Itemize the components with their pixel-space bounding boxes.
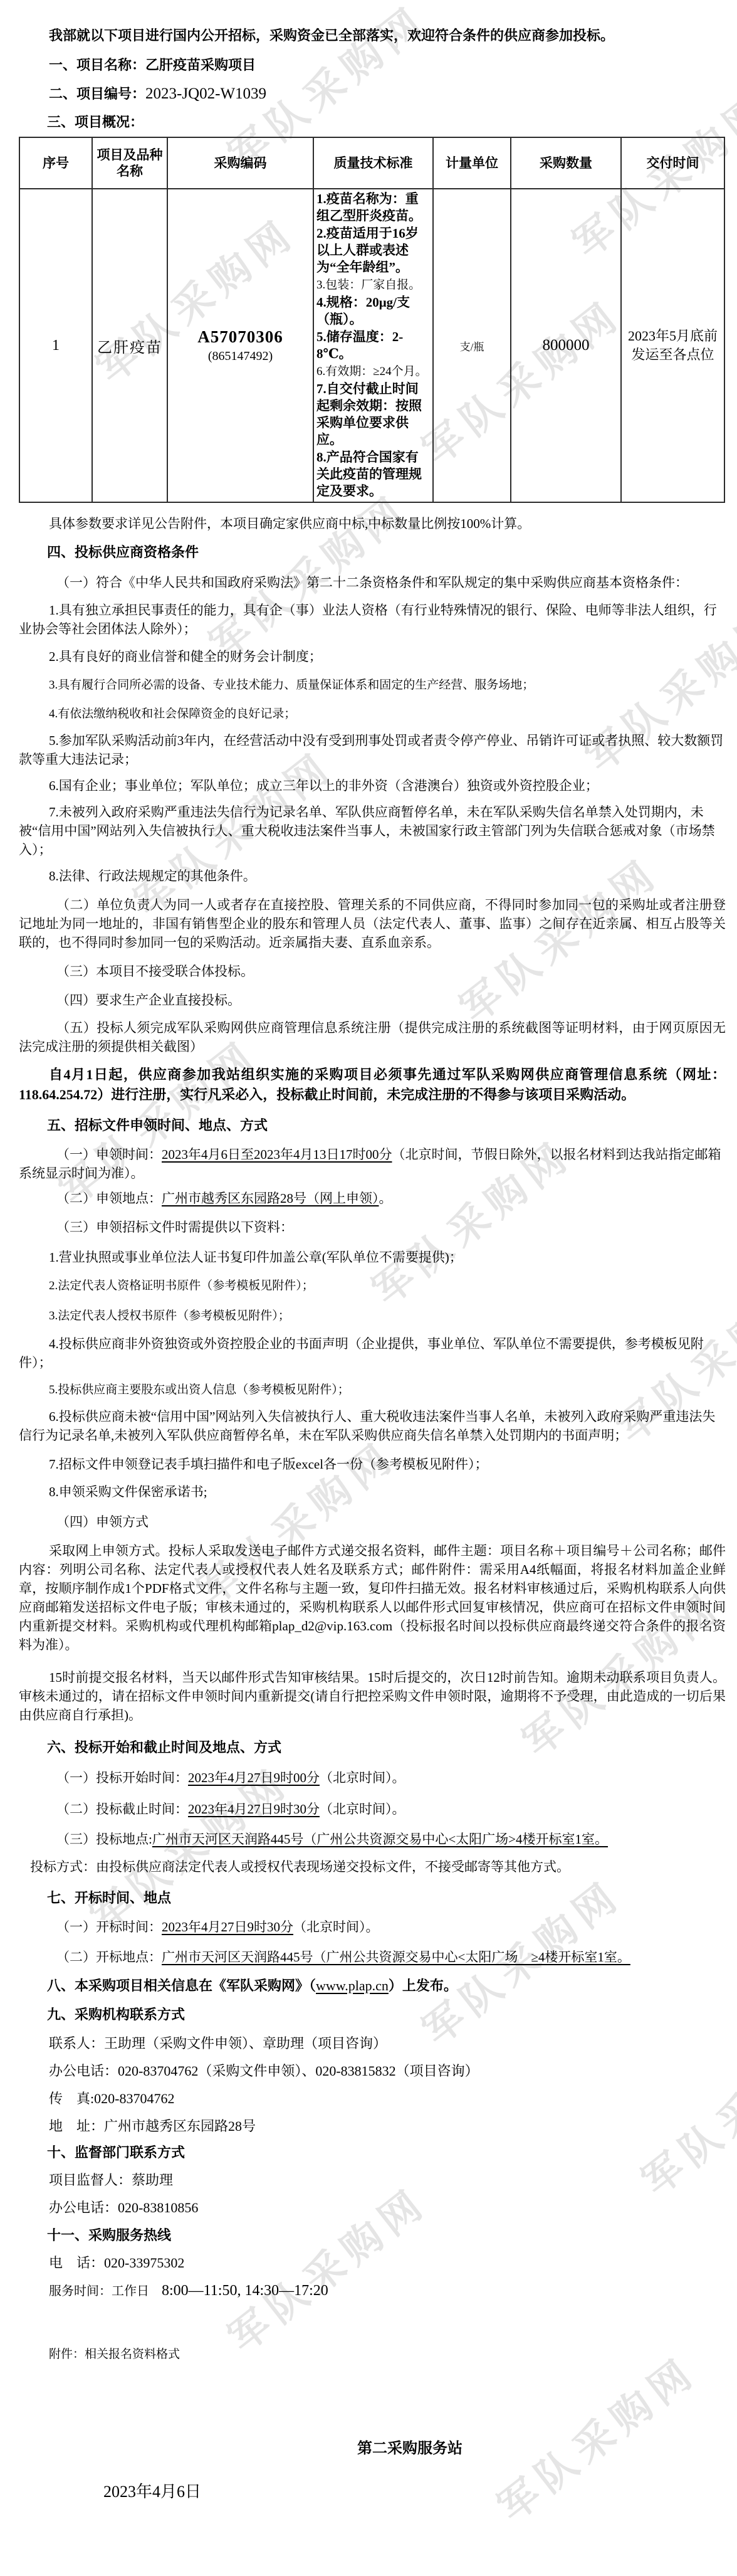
- quality-line: 5.储存温度：2-8℃。: [316, 329, 430, 362]
- quality-line: 2.疫苗适用于16岁以上人群或表述为“全年龄组”。: [316, 225, 430, 276]
- col-header-quality-standard: 质量技术标准: [313, 137, 433, 189]
- s4-item-8: 8.法律、行政法规规定的其他条件。: [19, 867, 726, 885]
- section-6-heading: 六、投标开始和截止时间及地点、方式: [47, 1738, 726, 1757]
- s4-sub3: （三）本项目不接受联合体投标。: [19, 962, 726, 981]
- s4-sub4: （四）要求生产企业直接投标。: [19, 991, 726, 1010]
- s4-item-5: 5.参加军队采购活动前3年内，在经营活动中没有受到刑事处罚或者责令停产停业、吊销…: [19, 731, 726, 769]
- bid-method: 投标方式：由投标供应商法定代表人或授权代表现场递交投标文件，不接受邮寄等其他方式…: [19, 1857, 726, 1876]
- col-header-delivery-time: 交付时间: [621, 137, 724, 189]
- registration-note: 自4月1日起，供应商参加我站组织实施的采购项目必须事先通过军队采购网供应商管理信…: [19, 1065, 726, 1105]
- open-place-value: 广州市天河区天润路445号（广州公共资源交易中心<太阳广场 ≥4楼开标室1室。: [162, 1950, 630, 1965]
- quality-line: 1.疫苗名称为：重组乙型肝炎疫苗。: [316, 191, 430, 224]
- bid-start-suffix: （北京时间）。: [320, 1770, 405, 1785]
- open-time-label: （一）开标时间：: [56, 1919, 162, 1935]
- s5-material-8: 8.申领采购文件保密承诺书;: [19, 1482, 726, 1501]
- address-line: 地 址：广州市越秀区东园路28号: [49, 2117, 726, 2136]
- claim-place-label: （二）申领地点：: [56, 1191, 162, 1206]
- s5-material-3: 3.法定代表人授权书原件（参考模板见附件）；: [19, 1307, 726, 1326]
- bid-place: （三）投标地点:广州市天河区天润路445号（广州公共资源交易中心<太阳广场>4楼…: [19, 1830, 726, 1849]
- section-5-heading: 五、招标文件申领时间、地点、方式: [47, 1116, 726, 1135]
- col-header-unit: 计量单位: [433, 137, 511, 189]
- quality-line: 4.规格：20μg/支（瓶）。: [316, 294, 430, 328]
- table-note: 具体参数要求详见公告附件，本项目确定家供应商中标,中标数量比例按100%计算。: [19, 514, 726, 533]
- cell-delivery-time: 2023年5月底前发运至各点位: [621, 189, 724, 502]
- open-place: （二）开标地点：广州市天河区天润路445号（广州公共资源交易中心<太阳广场 ≥4…: [19, 1948, 726, 1966]
- col-header-code: 采购编码: [167, 137, 313, 189]
- section-11-heading: 十一、采购服务热线: [47, 2226, 726, 2245]
- claim-place-value: 广州市越秀区东园路28号（网上申领）: [162, 1191, 379, 1206]
- attachment-note: 附件：相关报名资料格式: [49, 2345, 726, 2362]
- plap-url: www.plap.cn: [316, 1978, 389, 1993]
- supervisor-phone-line: 办公电话：020-83810856: [49, 2199, 726, 2217]
- claim-method-paragraph: 采取网上申领方式。投标人采取发送电子邮件方式递交报名资料，邮件主题：项目名称＋项…: [19, 1541, 726, 1654]
- section-10-heading: 十、监督部门联系方式: [47, 2143, 726, 2162]
- bid-start-time: （一）投标开始时间：2023年4月27日9时00分（北京时间）。: [19, 1768, 726, 1787]
- section-3-heading: 三、项目概况：: [47, 113, 726, 132]
- s5-claim-time: （一）申领时间：2023年4月6日至2023年4月13日17时00分（北京时间，…: [19, 1145, 726, 1183]
- claim-place-suffix: 。: [379, 1191, 392, 1206]
- s8-prefix: 八、本采购项目相关信息在《军队采购网》（: [47, 1978, 316, 1993]
- office-phone-line: 办公电话：020-83704762（采购文件申领）、020-83815832（项…: [49, 2062, 726, 2081]
- cell-unit: 支/瓶: [433, 189, 511, 502]
- section-9-heading: 九、采购机构联系方式: [47, 2005, 726, 2024]
- quality-line: 6.有效期：≥24个月。: [316, 363, 430, 380]
- open-time-suffix: （北京时间）。: [293, 1919, 379, 1935]
- s5-sub4-heading: （四）申领方式: [19, 1512, 726, 1531]
- s4-sub2: （二）单位负责人为同一人或者存在直接控股、管理关系的不同供应商，不得同时参加同一…: [19, 895, 726, 952]
- col-header-seq: 序号: [19, 137, 92, 189]
- s5-material-5: 5.投标供应商主要股东或出资人信息（参考模板见附件）；: [19, 1381, 726, 1400]
- procurement-announcement-page: 军队采购网 军队采购网 军队采购网 军队采购网 军队采购网 军队采购网 军队采购…: [0, 0, 737, 2576]
- issue-date: 2023年4月6日: [103, 2479, 726, 2502]
- cell-item-name: 乙肝疫苗: [92, 189, 167, 502]
- s5-material-1: 1.营业执照或事业单位法人证书复印件加盖公章(军队单位不需要提供)；: [19, 1248, 726, 1267]
- bid-start-label: （一）投标开始时间：: [56, 1770, 188, 1785]
- claim-time-value: 2023年4月6日至2023年4月13日17时00分: [162, 1147, 392, 1162]
- s4-item-1: 1.具有独立承担民事责任的能力，具有企（事）业法人资格（有行业特殊情况的银行、保…: [19, 601, 726, 638]
- col-header-quantity: 采购数量: [511, 137, 621, 189]
- quality-line: 8.产品符合国家有关此疫苗的管理规定及要求。: [316, 449, 430, 500]
- quality-line: 7.自交付截止时间起剩余效期：按照采购单位要求供应。: [316, 381, 430, 448]
- cell-code: A57070306 (865147492): [167, 189, 313, 502]
- s4-item-2: 2.具有良好的商业信誉和健全的财务会计制度；: [19, 647, 726, 666]
- bid-deadline-suffix: （北京时间）。: [320, 1802, 405, 1817]
- service-time-line: 服务时间：工作日 8:00—11:50, 14:30—17:20: [49, 2281, 726, 2301]
- procurement-code: A57070306: [170, 327, 310, 347]
- project-overview-table: 序号 项目及品种名称 采购编码 质量技术标准 计量单位 采购数量 交付时间 1 …: [19, 137, 725, 503]
- s5-material-2: 2.法定代表人资格证明书原件（参考模板见附件）；: [19, 1277, 726, 1296]
- service-time-value: 8:00—11:50, 14:30—17:20: [162, 2283, 328, 2299]
- s4-item-4: 4.有依法缴纳税收和社会保障资金的良好记录；: [19, 705, 726, 724]
- s4-item-3: 3.具有履行合同所必需的设备、专业技术能力、质量保证体系和固定的生产经营、服务场…: [19, 676, 726, 695]
- section-2-project-number: 二、项目编号：2023-JQ02-W1039: [49, 84, 726, 104]
- open-time: （一）开标时间：2023年4月27日9时30分（北京时间）。: [19, 1918, 726, 1936]
- cell-quality-standard: 1.疫苗名称为：重组乙型肝炎疫苗。 2.疫苗适用于16岁以上人群或表述为“全年龄…: [313, 189, 433, 502]
- table-row: 1 乙肝疫苗 A57070306 (865147492) 1.疫苗名称为：重组乙…: [19, 189, 724, 502]
- s4-item-7: 7.未被列入政府采购严重违法失信行为记录名单、军队供应商暂停名单，未在军队采购失…: [19, 803, 726, 859]
- s8-suffix: ）上发布。: [389, 1978, 457, 1993]
- section-7-heading: 七、开标时间、地点: [47, 1889, 726, 1908]
- issuing-org: 第二采购服务站: [94, 2436, 726, 2457]
- cell-quantity: 800000: [511, 189, 621, 502]
- contact-person-line: 联系人：王助理（采购文件申领）、章助理（项目咨询）: [49, 2034, 726, 2053]
- bid-place-label: （三）投标地点:: [56, 1832, 152, 1847]
- bid-deadline-value: 2023年4月27日9时30分: [188, 1802, 320, 1817]
- col-header-item-name: 项目及品种名称: [92, 137, 167, 189]
- section-1-project-name: 一、项目名称：乙肝疫苗采购项目: [49, 55, 726, 75]
- fax-line: 传 真:020-83704762: [49, 2089, 726, 2108]
- s5-claim-place: （二）申领地点：广州市越秀区东园路28号（网上申领）。: [19, 1189, 726, 1208]
- s5-material-6: 6.投标供应商未被“信用中国”网站列入失信被执行人、重大税收违法案件当事人名单，…: [19, 1407, 726, 1445]
- open-time-value: 2023年4月27日9时30分: [162, 1919, 293, 1935]
- bid-place-value: 广州市天河区天润路445号（广州公共资源交易中心<太阳广场>4楼开标室1室。: [152, 1832, 608, 1847]
- table-header-row: 序号 项目及品种名称 采购编码 质量技术标准 计量单位 采购数量 交付时间: [19, 137, 724, 189]
- bid-start-value: 2023年4月27日9时00分: [188, 1770, 320, 1785]
- s5-material-4: 4.投标供应商非外资独资或外资控股企业的书面声明（企业提供，事业单位、军队单位不…: [19, 1334, 726, 1372]
- cell-seq: 1: [19, 189, 92, 502]
- s5-sub3: （三）申领招标文件时需提供以下资料：: [19, 1218, 726, 1237]
- procurement-code-sub: (865147492): [170, 349, 310, 364]
- service-time-label: 服务时间：工作日: [49, 2284, 149, 2298]
- project-number-value: 2023-JQ02-W1039: [145, 85, 266, 102]
- s4-sub1: （一）符合《中华人民共和国政府采购法》第二十二条资格条件和军队规定的集中采购供应…: [19, 573, 726, 592]
- intro-paragraph: 我部就以下项目进行国内公开招标，采购资金已全部落实，欢迎符合条件的供应商参加投标…: [19, 26, 726, 45]
- hotline-phone-line: 电 话：020-33975302: [49, 2254, 726, 2272]
- project-number-label: 二、项目编号：: [49, 86, 145, 102]
- section-4-heading: 四、投标供应商资格条件: [47, 543, 726, 562]
- s4-sub5: （五）投标人须完成军队采购网供应商管理信息系统注册（提供完成注册的系统截图等证明…: [19, 1018, 726, 1056]
- s4-item-6: 6.国有企业；事业单位；军队单位；成立三年以上的非外资（含港澳台）独资或外资控股…: [19, 776, 726, 795]
- s5-material-7: 7.招标文件申领登记表手填扫描件和电子版excel各一份（参考模板见附件）；: [19, 1455, 726, 1474]
- section-8-heading: 八、本采购项目相关信息在《军队采购网》（www.plap.cn）上发布。: [47, 1977, 726, 1995]
- document-content: 我部就以下项目进行国内公开招标，采购资金已全部落实，欢迎符合条件的供应商参加投标…: [19, 26, 726, 2502]
- bid-deadline-label: （二）投标截止时间：: [56, 1802, 188, 1817]
- bid-deadline-time: （二）投标截止时间：2023年4月27日9时30分（北京时间）。: [19, 1800, 726, 1819]
- review-note-paragraph: 15时前提交报名材料，当天以邮件形式告知审核结果。15时后提交的，次日12时前告…: [19, 1668, 726, 1724]
- claim-time-label: （一）申领时间：: [56, 1147, 162, 1162]
- supervisor-line: 项目监督人：蔡助理: [49, 2171, 726, 2190]
- open-place-label: （二）开标地点：: [56, 1950, 162, 1965]
- quality-line: 3.包装：厂家自报。: [316, 277, 430, 293]
